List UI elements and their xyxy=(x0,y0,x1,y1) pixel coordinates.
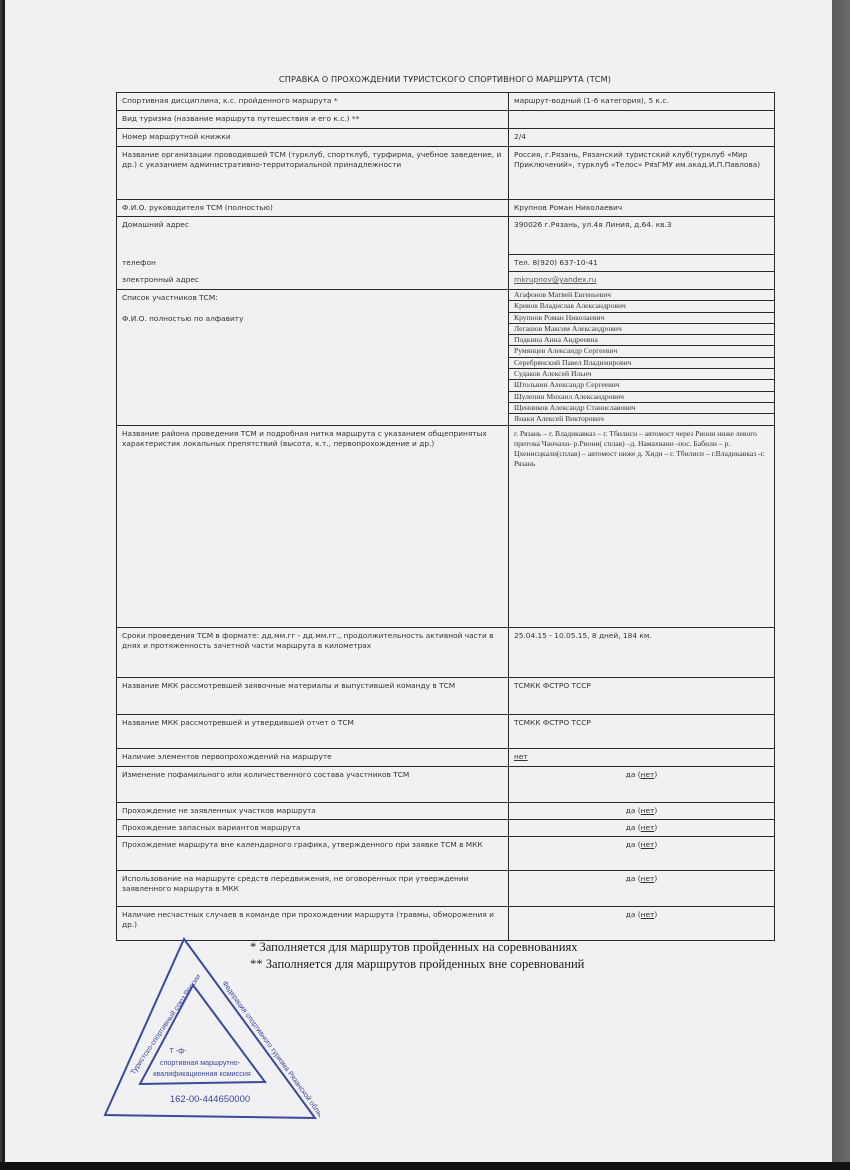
row-value: нет xyxy=(509,748,775,766)
row-label: Название организации проводившей ТСМ (ту… xyxy=(117,147,509,200)
table-row: Название МКК рассмотревшей и утвердившей… xyxy=(117,714,775,748)
row-label: Список участников ТСМ: Ф.И.О. полностью … xyxy=(117,290,509,426)
row-label: Прохождение запасных вариантов маршрута xyxy=(117,819,509,836)
yes-no-value: да (нет) xyxy=(509,819,775,836)
yes-option: да xyxy=(626,806,636,815)
yes-option: да xyxy=(626,910,636,919)
row-value: Россия, г.Рязань, Рязанский туристский к… xyxy=(509,147,775,200)
yes-option: да xyxy=(626,823,636,832)
table-row: Спортивная дисциплина, к.с. пройденного … xyxy=(117,93,775,111)
document-title: СПРАВКА О ПРОХОЖДЕНИИ ТУРИСТСКОГО СПОРТИ… xyxy=(110,74,780,84)
table-row: электронный адрес rnkrupnov@yandex.ru xyxy=(117,272,775,290)
row-label: Ф.И.О. руководителя ТСМ (полностью) xyxy=(117,200,509,217)
row-value: Крупнов Роман Николаевич xyxy=(509,200,775,217)
table-row: Название МКК рассмотревшей заявочные мат… xyxy=(117,677,775,714)
yes-no-value: да (нет) xyxy=(509,836,775,870)
yes-no-value: да (нет) xyxy=(509,906,775,940)
table-row: Название организации проводившей ТСМ (ту… xyxy=(117,147,775,200)
member-item: Румянцев Александр Сергеевич xyxy=(509,346,774,357)
official-stamp: Туристско-спортивный союз России Федерац… xyxy=(100,935,320,1125)
member-item: Легашов Максим Александрович xyxy=(509,324,774,335)
row-label: Название МКК рассмотревшей заявочные мат… xyxy=(117,677,509,714)
no-option-selected: нет xyxy=(641,874,655,883)
table-row: Наличие элементов первопрохождений на ма… xyxy=(117,748,775,766)
no-option-selected: нет xyxy=(641,840,655,849)
yes-no-value: да (нет) xyxy=(509,802,775,819)
table-row: Вид туризма (название маршрута путешеств… xyxy=(117,111,775,129)
stamp-center-line1: Т -ф- xyxy=(169,1046,187,1055)
stamp-center-line3: квалификационная комиссия xyxy=(153,1069,251,1078)
member-item: Янаки Алексей Викторович xyxy=(509,414,774,424)
row-value: 2/4 xyxy=(509,129,775,147)
member-item: Шулепин Михаил Александрович xyxy=(509,392,774,403)
scanner-edge xyxy=(832,0,850,1170)
route-certificate-table: Спортивная дисциплина, к.с. пройденного … xyxy=(116,92,775,941)
stamp-outer-triangle xyxy=(105,939,315,1118)
row-value: ТСМКК ФСТРО ТССР xyxy=(509,714,775,748)
no-option-selected: нет xyxy=(641,910,655,919)
first-ascent-value: нет xyxy=(514,752,528,761)
scanner-edge-bottom xyxy=(0,1162,850,1170)
yes-no-value: да (нет) xyxy=(509,870,775,906)
table-row: Изменение пофамильного или количественно… xyxy=(117,766,775,802)
members-sublabel: Ф.И.О. полностью по алфавиту xyxy=(122,314,503,324)
row-label: Изменение пофамильного или количественно… xyxy=(117,766,509,802)
table-row: Сроки проведения ТСМ в формате: дд.мм.гг… xyxy=(117,627,775,677)
row-label: Домашний адрес xyxy=(117,217,509,255)
table-row: Домашний адрес 390026 г.Рязань, ул.4я Ли… xyxy=(117,217,775,255)
no-option-selected: нет xyxy=(641,823,655,832)
no-option-selected: нет xyxy=(641,770,655,779)
member-item: Агафонов Матвей Евгеньевич xyxy=(509,290,774,301)
member-item: Подкина Анна Андреевна xyxy=(509,335,774,346)
table-row: Прохождение запасных вариантов маршрутад… xyxy=(117,819,775,836)
table-row: Название района проведения ТСМ и подробн… xyxy=(117,425,775,627)
table-row: телефон Тел. 8(920) 637-10-41 xyxy=(117,255,775,272)
member-item: Судаков Алексей Ильич xyxy=(509,369,774,380)
member-item: Крупнов Роман Николаевич xyxy=(509,313,774,324)
members-label: Список участников ТСМ: xyxy=(122,293,503,303)
row-label: телефон xyxy=(117,255,509,272)
table-row: Прохождение не заявленных участков маршр… xyxy=(117,802,775,819)
row-label: Сроки проведения ТСМ в формате: дд.мм.гг… xyxy=(117,627,509,677)
row-label: Название МКК рассмотревшей и утвердившей… xyxy=(117,714,509,748)
row-value xyxy=(509,111,775,129)
row-label: Использование на маршруте средств передв… xyxy=(117,870,509,906)
members-list: Агафонов Матвей ЕвгеньевичКривов Владисл… xyxy=(509,290,775,426)
row-label: Вид туризма (название маршрута путешеств… xyxy=(117,111,509,129)
email-link[interactable]: rnkrupnov@yandex.ru xyxy=(514,275,596,284)
stamp-center-line2: спортивная маршрутно- xyxy=(160,1058,241,1067)
row-label: Прохождение маршрута вне календарного гр… xyxy=(117,836,509,870)
table-row: Список участников ТСМ: Ф.И.О. полностью … xyxy=(117,290,775,426)
member-item: Щенников Александр Станиславович xyxy=(509,403,774,414)
row-value: 390026 г.Рязань, ул.4я Линия, д.64. кв.3 xyxy=(509,217,775,255)
row-label: Наличие элементов первопрохождений на ма… xyxy=(117,748,509,766)
row-label: электронный адрес xyxy=(117,272,509,290)
table-row: Номер маршрутной книжки 2/4 xyxy=(117,129,775,147)
row-label: Номер маршрутной книжки xyxy=(117,129,509,147)
row-value: rnkrupnov@yandex.ru xyxy=(509,272,775,290)
stamp-number: 162-00-444650000 xyxy=(170,1094,250,1105)
row-value: ТСМКК ФСТРО ТССР xyxy=(509,677,775,714)
row-value: маршрут-водный (1-6 категория), 5 к.с. xyxy=(509,93,775,111)
table-row: Использование на маршруте средств передв… xyxy=(117,870,775,906)
member-item: Штольвин Александр Сергеевич xyxy=(509,380,774,391)
yes-option: да xyxy=(626,770,636,779)
row-label: Спортивная дисциплина, к.с. пройденного … xyxy=(117,93,509,111)
yes-option: да xyxy=(626,874,636,883)
member-item: Серебрянский Павел Владимирович xyxy=(509,358,774,369)
table-row: Ф.И.О. руководителя ТСМ (полностью) Круп… xyxy=(117,200,775,217)
member-item: Кривов Владислав Александрович xyxy=(509,301,774,312)
yes-no-value: да (нет) xyxy=(509,766,775,802)
yes-option: да xyxy=(626,840,636,849)
row-label: Название района проведения ТСМ и подробн… xyxy=(117,425,509,627)
row-label: Прохождение не заявленных участков маршр… xyxy=(117,802,509,819)
no-option-selected: нет xyxy=(641,806,655,815)
row-value: г. Рязань – г. Владикавказ – г. Тбилиси … xyxy=(509,425,775,627)
table-row: Прохождение маршрута вне календарного гр… xyxy=(117,836,775,870)
row-value: Тел. 8(920) 637-10-41 xyxy=(509,255,775,272)
row-value: 25.04.15 - 10.05.15, 8 дней, 184 км. xyxy=(509,627,775,677)
